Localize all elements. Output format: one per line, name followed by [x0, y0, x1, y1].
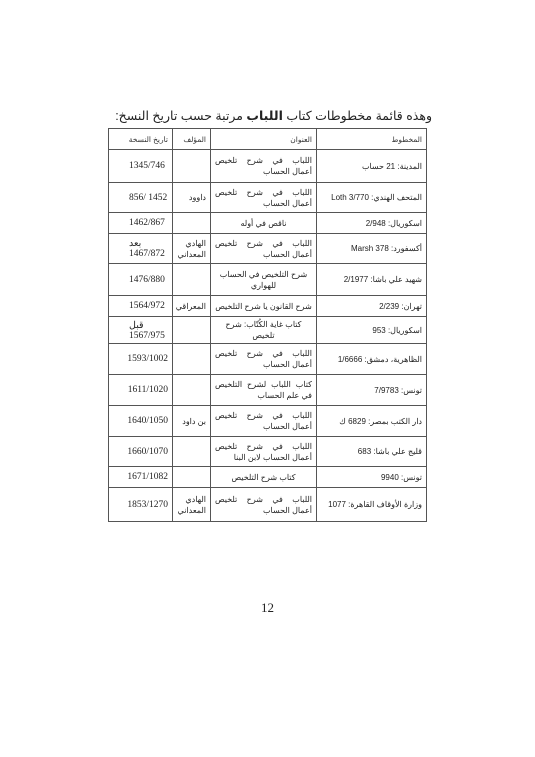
cell-manuscript: المدينة: 21 حساب	[317, 150, 427, 183]
cell-author	[173, 437, 211, 467]
cell-title: اللباب في شرح تلخيص أعمال الحساب	[211, 488, 317, 522]
manuscript-text: شهيد علي باشا: 2/1977	[344, 275, 422, 284]
cell-title: شرح القانون يا شرح التلخيص	[211, 296, 317, 317]
cell-author	[173, 264, 211, 296]
cell-copy-date: 1611/1020	[109, 375, 173, 406]
table-row: دار الكتب بمصر: 6829 كاللباب في شرح تلخي…	[109, 406, 427, 437]
header-copy-date: تاريخ النسخة	[109, 129, 173, 150]
cell-copy-date: 1462/867	[109, 213, 173, 234]
cell-title: ناقص في أوله	[211, 213, 317, 234]
cell-author	[173, 213, 211, 234]
cell-manuscript: شهيد علي باشا: 2/1977	[317, 264, 427, 296]
cell-title: شرح التلخيص في الحساب للهواري	[211, 264, 317, 296]
manuscript-text: دار الكتب بمصر: 6829 ك	[339, 417, 422, 426]
cell-author	[173, 467, 211, 488]
manuscript-text: المتحف الهندي: Loth 3/770	[331, 193, 422, 202]
table-row: أكسفورد: Marsh 378اللباب في شرح تلخيص أع…	[109, 234, 427, 264]
cell-manuscript: تونس: 9940	[317, 467, 427, 488]
table-row: المتحف الهندي: Loth 3/770اللباب في شرح ت…	[109, 183, 427, 213]
cell-manuscript: المتحف الهندي: Loth 3/770	[317, 183, 427, 213]
cell-author: بن داود	[173, 406, 211, 437]
cell-author	[173, 317, 211, 344]
cell-title: اللباب في شرح تلخيص أعمال الحساب	[211, 150, 317, 183]
table-row: تونس: 7/9783كتاب اللباب لشرح التلخيص في …	[109, 375, 427, 406]
cell-manuscript: أكسفورد: Marsh 378	[317, 234, 427, 264]
cell-author: داوود	[173, 183, 211, 213]
intro-book-title: اللباب	[246, 109, 282, 123]
table-row: اسكوريال: 2/948ناقص في أوله1462/867	[109, 213, 427, 234]
table-row: وزارة الأوقاف القاهرة: 1077اللباب في شرح…	[109, 488, 427, 522]
cell-copy-date: 1640/1050	[109, 406, 173, 437]
cell-author: الهادي المعداني	[173, 488, 211, 522]
cell-copy-date: 1671/1082	[109, 467, 173, 488]
page-number: 12	[0, 600, 535, 616]
cell-copy-date: 1593/1002	[109, 344, 173, 375]
cell-manuscript: دار الكتب بمصر: 6829 ك	[317, 406, 427, 437]
cell-author	[173, 375, 211, 406]
table-row: تهران: 2/239شرح القانون يا شرح التلخيصال…	[109, 296, 427, 317]
cell-copy-date: 1564/972	[109, 296, 173, 317]
manuscript-text: الظاهرية، دمشق: 1/6666	[338, 355, 422, 364]
cell-title: كتاب شرح التلخيص	[211, 467, 317, 488]
cell-copy-date: 1660/1070	[109, 437, 173, 467]
cell-title: اللباب في شرح تلخيص أعمال الحساب لابن ال…	[211, 437, 317, 467]
cell-title: اللباب في شرح تلخيص أعمال الحساب	[211, 344, 317, 375]
table-row: اسكوريال: 953كتاب غاية الكُتّاب: شرح تلخ…	[109, 317, 427, 344]
manuscript-text: اسكوريال: 2/948	[366, 219, 422, 228]
intro-text-after: مرتبة حسب تاريخ النسخ:	[115, 109, 246, 123]
manuscript-text: تونس: 9940	[381, 473, 422, 482]
cell-manuscript: اسكوريال: 2/948	[317, 213, 427, 234]
manuscript-text: أكسفورد: Marsh 378	[351, 244, 422, 253]
table-row: تونس: 9940كتاب شرح التلخيص1671/1082	[109, 467, 427, 488]
cell-manuscript: وزارة الأوقاف القاهرة: 1077	[317, 488, 427, 522]
table-row: شهيد علي باشا: 2/1977شرح التلخيص في الحس…	[109, 264, 427, 296]
cell-manuscript: تهران: 2/239	[317, 296, 427, 317]
cell-author	[173, 344, 211, 375]
cell-title: كتاب غاية الكُتّاب: شرح تلخيص	[211, 317, 317, 344]
table-row: قليج علي باشا: 683اللباب في شرح تلخيص أع…	[109, 437, 427, 467]
cell-copy-date: قبل 1567/975	[109, 317, 173, 344]
cell-manuscript: قليج علي باشا: 683	[317, 437, 427, 467]
manuscript-text: تهران: 2/239	[379, 302, 422, 311]
header-manuscript: المخطوط	[317, 129, 427, 150]
manuscript-text: المدينة: 21 حساب	[362, 162, 422, 171]
cell-copy-date: بعد 1467/872	[109, 234, 173, 264]
manuscript-text: اسكوريال: 953	[372, 326, 422, 335]
cell-author: الهادي المعداني	[173, 234, 211, 264]
cell-title: كتاب اللباب لشرح التلخيص في علم الحساب	[211, 375, 317, 406]
cell-copy-date: 1853/1270	[109, 488, 173, 522]
manuscript-text: تونس: 7/9783	[374, 386, 422, 395]
manuscript-text: وزارة الأوقاف القاهرة: 1077	[328, 500, 422, 509]
cell-author	[173, 150, 211, 183]
cell-title: اللباب في شرح تلخيص أعمال الحساب	[211, 234, 317, 264]
header-author: المؤلف	[173, 129, 211, 150]
manuscript-text: قليج علي باشا: 683	[358, 447, 422, 456]
cell-manuscript: الظاهرية، دمشق: 1/6666	[317, 344, 427, 375]
intro-paragraph: وهذه قائمة مخطوطات كتاب اللباب مرتبة حسب…	[108, 108, 432, 124]
intro-text-before: وهذه قائمة مخطوطات كتاب	[283, 109, 432, 123]
table-row: الظاهرية، دمشق: 1/6666اللباب في شرح تلخي…	[109, 344, 427, 375]
cell-title: اللباب في شرح تلخيص أعمال الحساب	[211, 183, 317, 213]
cell-copy-date: 1476/880	[109, 264, 173, 296]
cell-author: المعراقي	[173, 296, 211, 317]
cell-copy-date: 1345/746	[109, 150, 173, 183]
cell-title: اللباب في شرح تلخيص أعمال الحساب	[211, 406, 317, 437]
cell-copy-date: 1452 /856	[109, 183, 173, 213]
cell-manuscript: تونس: 7/9783	[317, 375, 427, 406]
table-row: المدينة: 21 حساباللباب في شرح تلخيص أعما…	[109, 150, 427, 183]
manuscripts-table: المخطوط العنوان المؤلف تاريخ النسخة المد…	[108, 128, 427, 522]
cell-manuscript: اسكوريال: 953	[317, 317, 427, 344]
table-header-row: المخطوط العنوان المؤلف تاريخ النسخة	[109, 129, 427, 150]
table-body: المدينة: 21 حساباللباب في شرح تلخيص أعما…	[109, 150, 427, 522]
header-title: العنوان	[211, 129, 317, 150]
